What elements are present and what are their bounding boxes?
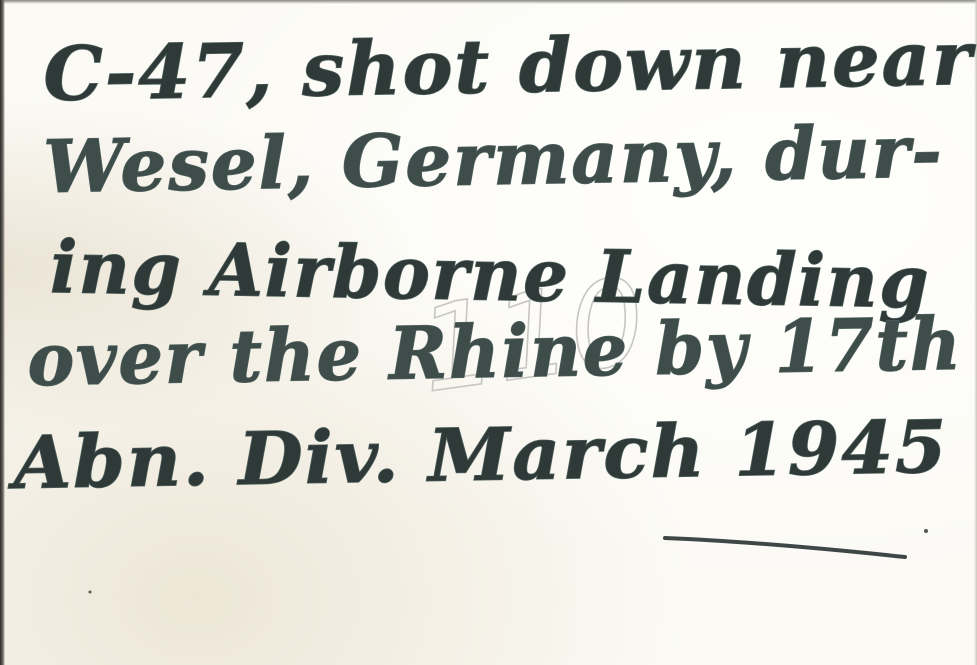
handwriting-line-1: C-47, shot down near — [43, 16, 977, 118]
date-underline — [665, 538, 905, 557]
handwriting-line-4: over the Rhine by 17th — [27, 301, 963, 402]
handwriting-line-2: Wesel, Germany, dur- — [43, 108, 944, 209]
ink-speck — [924, 529, 928, 533]
photo-card-back: 110 C-47, shot down near Wesel, Germany,… — [0, 0, 977, 665]
handwriting-layer: 110 C-47, shot down near Wesel, Germany,… — [0, 0, 977, 665]
ink-speck — [89, 591, 92, 594]
handwriting-line-5: Abn. Div. March 1945 — [7, 404, 950, 505]
